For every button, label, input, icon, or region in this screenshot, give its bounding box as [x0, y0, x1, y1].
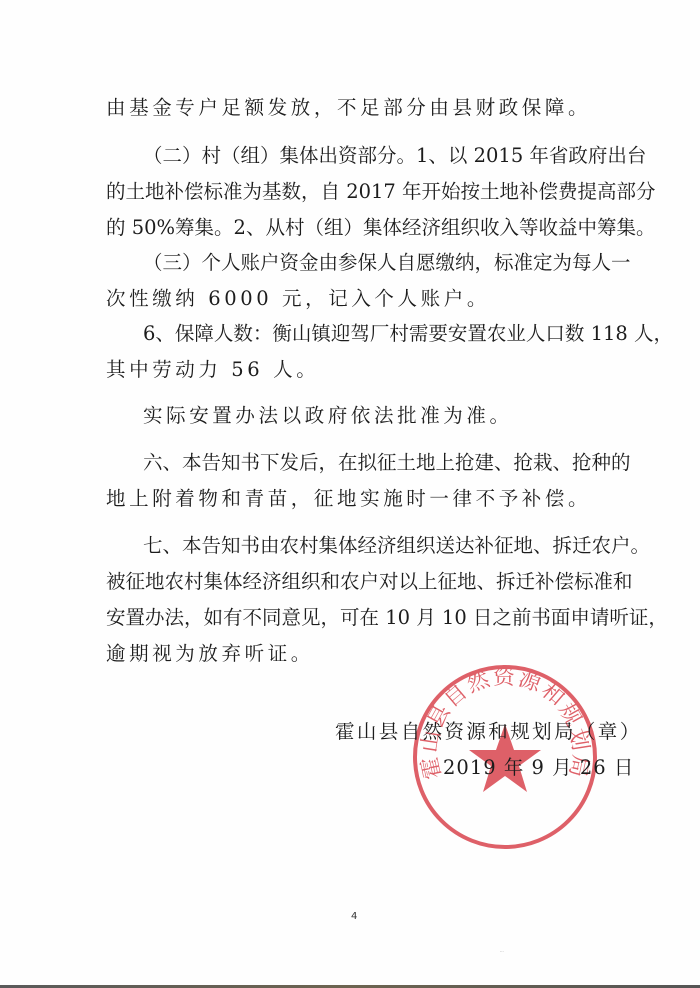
body-line-5: （三）个人账户资金由参保人自愿缴纳，标准定为每人一	[143, 251, 616, 275]
body-line-2: （二）村（组）集体出资部分。1、以 2015 年省政府出台	[143, 144, 616, 168]
body-line-13: 被征地农村集体经济组织和农户对以上征地、拆迁补偿标准和	[106, 570, 616, 594]
signature-date: 2019 年 9 月 26 日	[443, 756, 634, 780]
body-line-6: 次性缴纳 6000 元，记入个人账户。	[106, 287, 616, 311]
document-page: 由基金专户足额发放，不足部分由县财政保障。 （二）村（组）集体出资部分。1、以 …	[0, 0, 700, 988]
body-line-10: 六、本告知书下发后，在拟征土地上抢建、抢栽、抢种的	[143, 451, 616, 475]
page-number: 4	[351, 911, 357, 922]
body-line-1: 由基金专户足额发放，不足部分由县财政保障。	[106, 96, 616, 120]
body-line-8: 其中劳动力 56 人。	[106, 358, 616, 382]
body-line-9: 实际安置办法以政府依法批准为准。	[143, 404, 616, 428]
body-line-11: 地上附着物和青苗，征地实施时一律不予补偿。	[106, 487, 616, 511]
body-line-3: 的土地补偿标准为基数，自 2017 年开始按土地补偿费提高部分	[106, 180, 616, 204]
body-line-14: 安置办法，如有不同意见，可在 10 月 10 日之前书面申请听证，	[106, 606, 616, 630]
body-line-12: 七、本告知书由农村集体经济组织送达补征地、拆迁农户。	[143, 534, 616, 558]
signature-organization: 霍山县自然资源和规划局（章）	[335, 720, 642, 744]
body-line-4: 的 50%筹集。2、从村（组）集体经济组织收入等收益中筹集。	[106, 216, 616, 240]
body-line-7: 6、保障人数：衡山镇迎驾厂村需要安置农业人口数 118 人，	[143, 322, 616, 346]
scan-artifact: ···	[500, 949, 504, 954]
